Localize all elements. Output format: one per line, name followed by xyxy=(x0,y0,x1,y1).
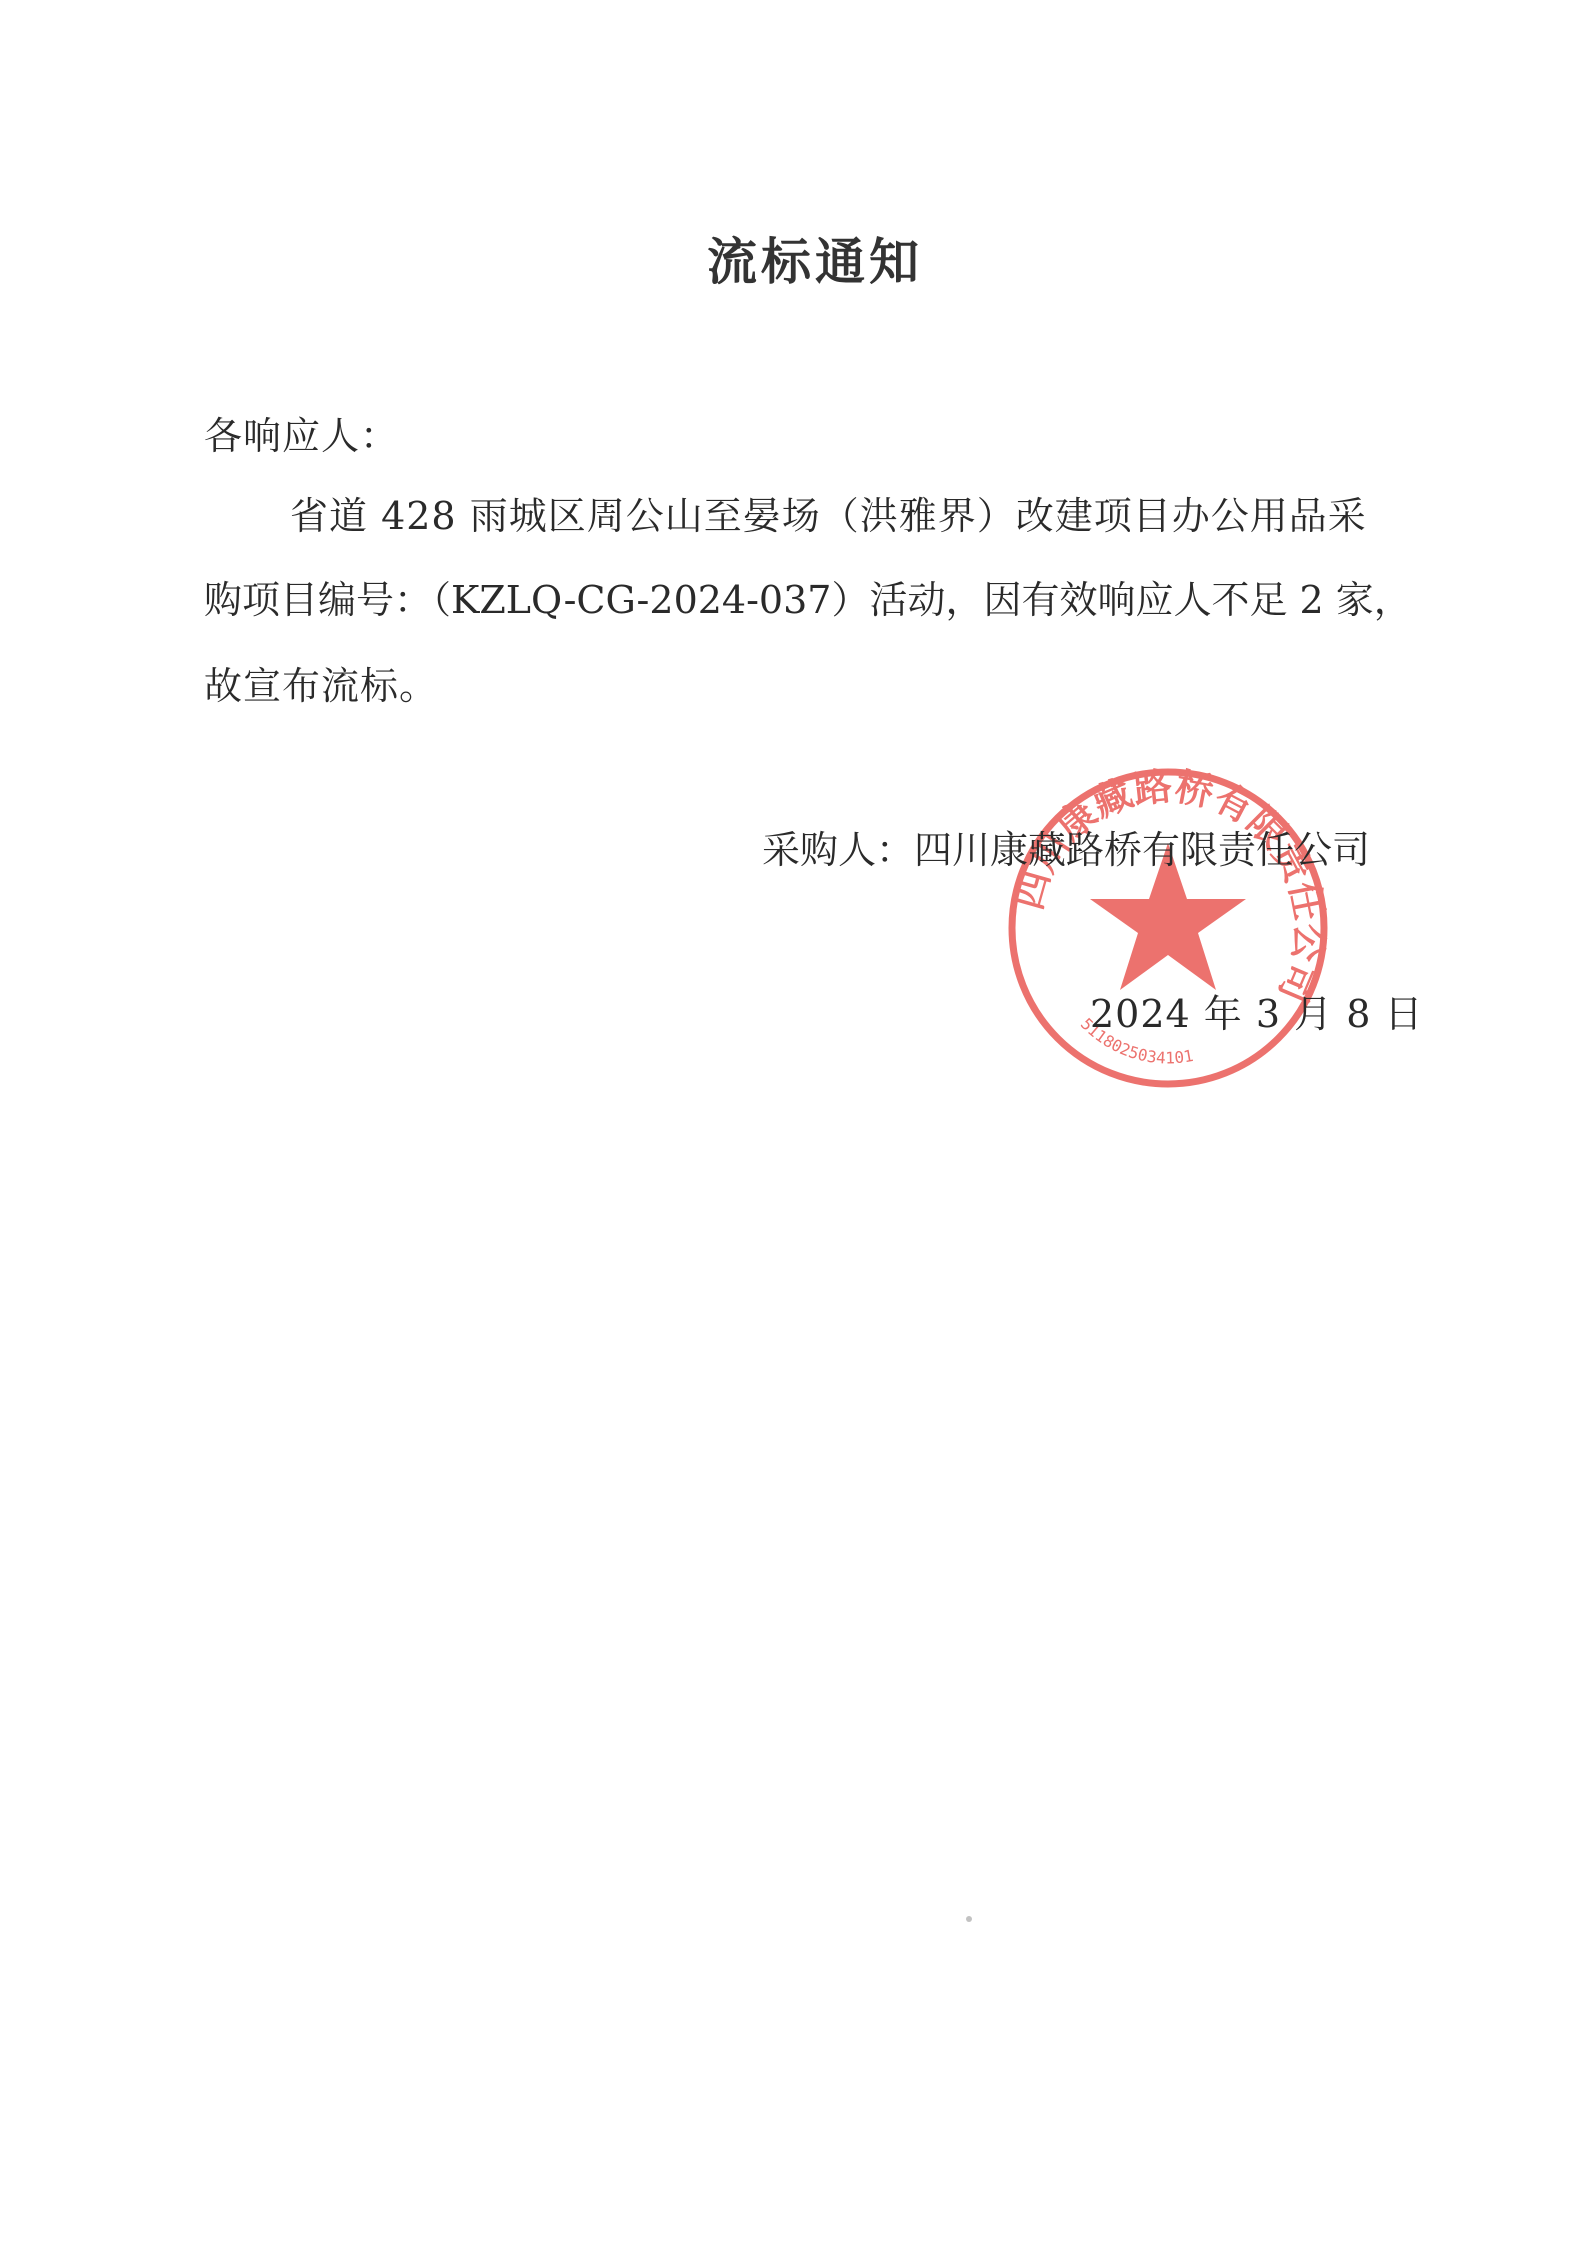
body-paragraph-line-1: 省道 428 雨城区周公山至晏场（洪雅界）改建项目办公用品采 xyxy=(290,492,1367,540)
official-seal-stamp: 四川康藏路桥有限责任公司 5118025034101 xyxy=(1005,765,1331,1091)
page-title: 流标通知 xyxy=(0,232,1587,292)
document-page: 流标通知 各响应人： 省道 428 雨城区周公山至晏场（洪雅界）改建项目办公用品… xyxy=(0,0,1587,2244)
purchaser-name: 四川康藏路桥有限责任公司 xyxy=(914,828,1370,872)
scan-speck xyxy=(966,1916,972,1922)
seal-ring-text: 四川康藏路桥有限责任公司 xyxy=(1006,765,1331,1009)
document-date: 2024 年 3 月 8 日 xyxy=(1090,990,1423,1038)
purchaser-label: 采购人： xyxy=(762,828,914,872)
purchaser-signature: 采购人：四川康藏路桥有限责任公司 xyxy=(762,826,1370,874)
salutation: 各响应人： xyxy=(204,412,399,460)
body-paragraph-line-3: 故宣布流标。 xyxy=(204,662,438,710)
body-paragraph-line-2: 购项目编号：（KZLQ-CG-2024-037）活动，因有效响应人不足 2 家， xyxy=(204,576,1412,624)
seal-ring-textpath: 四川康藏路桥有限责任公司 xyxy=(1006,765,1331,1009)
